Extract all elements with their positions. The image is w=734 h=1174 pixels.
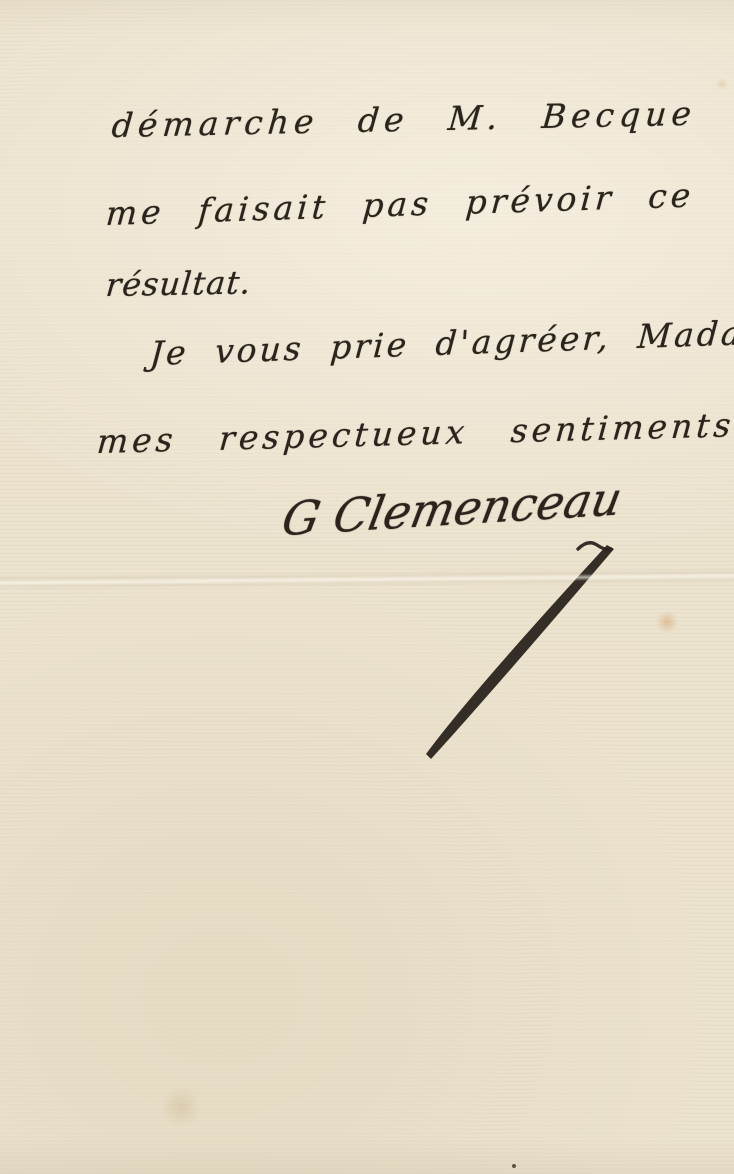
signature: G Clemenceau xyxy=(278,471,627,546)
stain xyxy=(158,1088,204,1126)
handwriting-line-5: mes respectueux sentiments xyxy=(95,405,734,461)
ink-speck xyxy=(512,1164,516,1168)
handwriting-line-3: résultat. xyxy=(104,263,253,304)
stain xyxy=(714,78,730,90)
handwriting-line-2: me faisait pas prévoir ce xyxy=(105,175,696,233)
handwriting-line-1: démarche de M. Becque ne xyxy=(110,92,734,145)
stain xyxy=(655,611,679,633)
handwriting-line-4: Je vous prie d'agréer, Madame, xyxy=(149,311,734,373)
fold-crease xyxy=(0,567,734,590)
letter-page: démarche de M. Becque ne me faisait pas … xyxy=(0,0,734,1174)
signature-flourish xyxy=(0,0,734,1174)
